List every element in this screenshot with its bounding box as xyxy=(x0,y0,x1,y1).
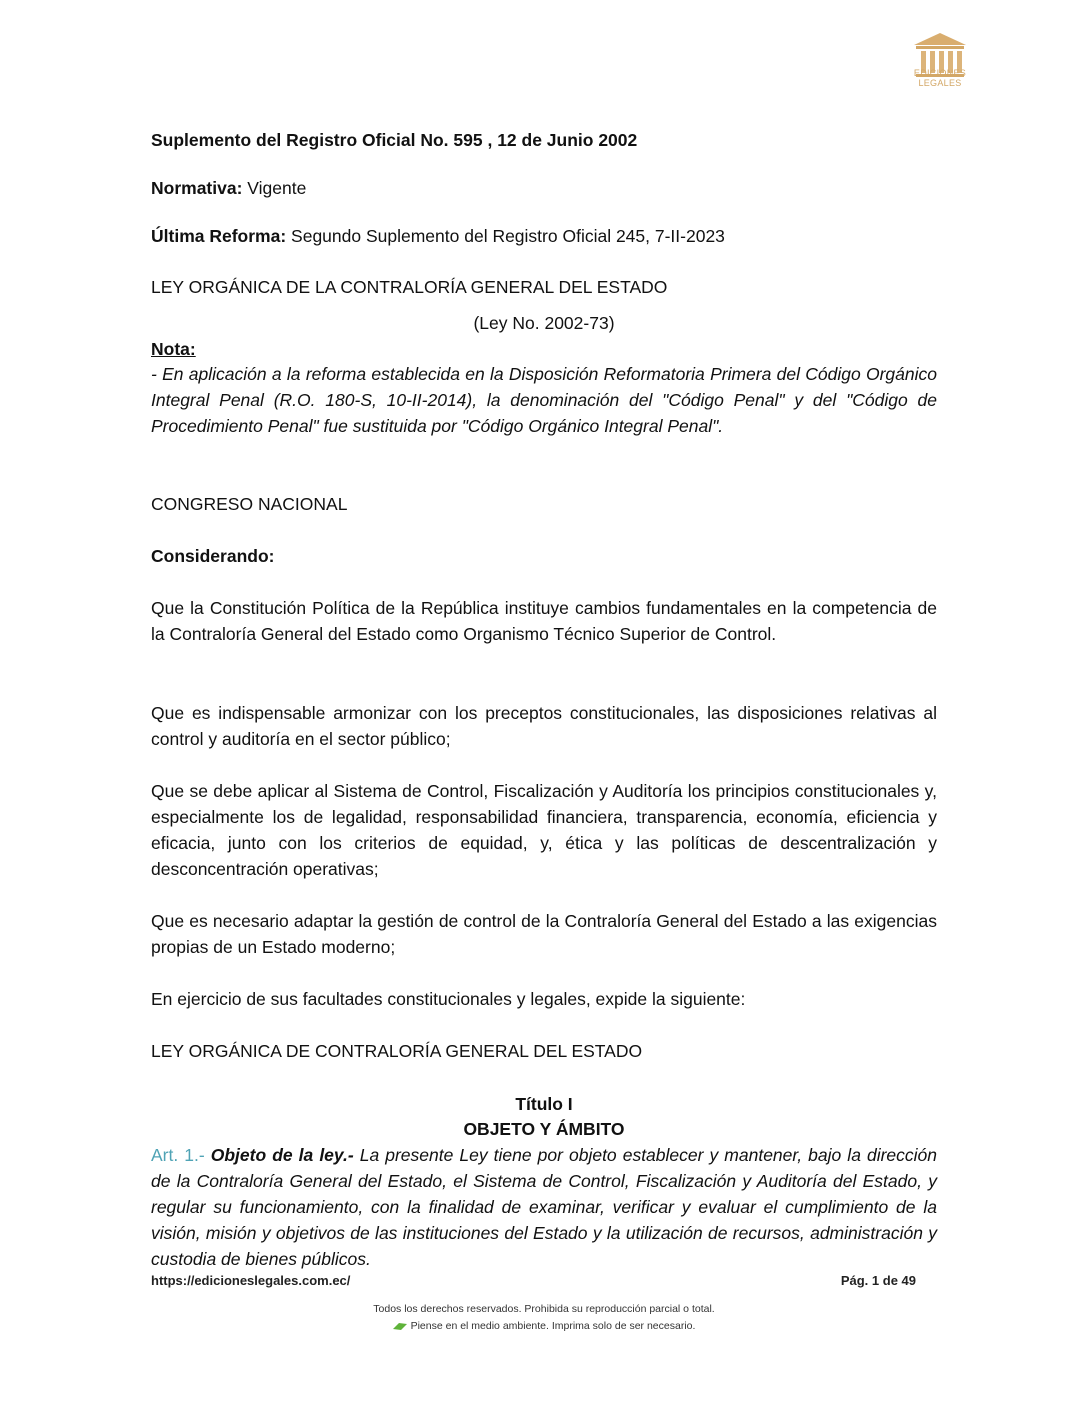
green-leaf-icon xyxy=(393,1323,407,1330)
document-page: EDICIONES LEGALES Suplemento del Registr… xyxy=(0,0,1088,1408)
law-number: (Ley No. 2002-73) xyxy=(151,310,937,336)
titulo-name: OBJETO Y ÁMBITO xyxy=(151,1116,937,1142)
law-title: LEY ORGÁNICA DE LA CONTRALORÍA GENERAL D… xyxy=(151,274,937,300)
reforma-value: Segundo Suplemento del Registro Oficial … xyxy=(286,226,725,246)
normativa-line: Normativa: Vigente xyxy=(151,175,937,201)
considerando-paragraph: Que es indispensable armonizar con los p… xyxy=(151,700,937,752)
environment-note-text: Piense en el medio ambiente. Imprima sol… xyxy=(411,1320,696,1332)
brand-line-2: LEGALES xyxy=(900,78,980,88)
reforma-line: Última Reforma: Segundo Suplemento del R… xyxy=(151,223,937,249)
nota-label: Nota: xyxy=(151,336,937,362)
reforma-label: Última Reforma: xyxy=(151,226,286,246)
footer-url-link[interactable]: https://edicioneslegales.com.ec/ xyxy=(151,1273,350,1288)
enactment-clause: En ejercicio de sus facultades constituc… xyxy=(151,986,937,1012)
considerando-paragraph: Que es necesario adaptar la gestión de c… xyxy=(151,908,937,960)
considerando-paragraph: Que la Constitución Política de la Repúb… xyxy=(151,595,937,647)
nota-text: - En aplicación a la reforma establecida… xyxy=(151,361,937,439)
brand-line-1: EDICIONES xyxy=(900,68,980,78)
environment-notice: Piense en el medio ambiente. Imprima sol… xyxy=(0,1320,1088,1332)
law-title-repeat: LEY ORGÁNICA DE CONTRALORÍA GENERAL DEL … xyxy=(151,1038,937,1064)
article-heading: Objeto de la ley.- xyxy=(205,1145,354,1165)
brand-logo-text: EDICIONES LEGALES xyxy=(900,68,980,88)
article-1: Art. 1.- Objeto de la ley.- La presente … xyxy=(151,1142,937,1272)
titulo-label: Título I xyxy=(151,1091,937,1117)
considerando-label: Considerando: xyxy=(151,543,937,569)
considerando-paragraph: Que se debe aplicar al Sistema de Contro… xyxy=(151,778,937,882)
rights-notice: Todos los derechos reservados. Prohibida… xyxy=(0,1303,1088,1315)
normativa-label: Normativa: xyxy=(151,178,242,198)
article-number: Art. 1.- xyxy=(151,1145,205,1165)
normativa-value: Vigente xyxy=(242,178,306,198)
issuer: CONGRESO NACIONAL xyxy=(151,491,937,517)
page-number: Pág. 1 de 49 xyxy=(841,1273,916,1288)
supplement-line: Suplemento del Registro Oficial No. 595 … xyxy=(151,127,937,153)
